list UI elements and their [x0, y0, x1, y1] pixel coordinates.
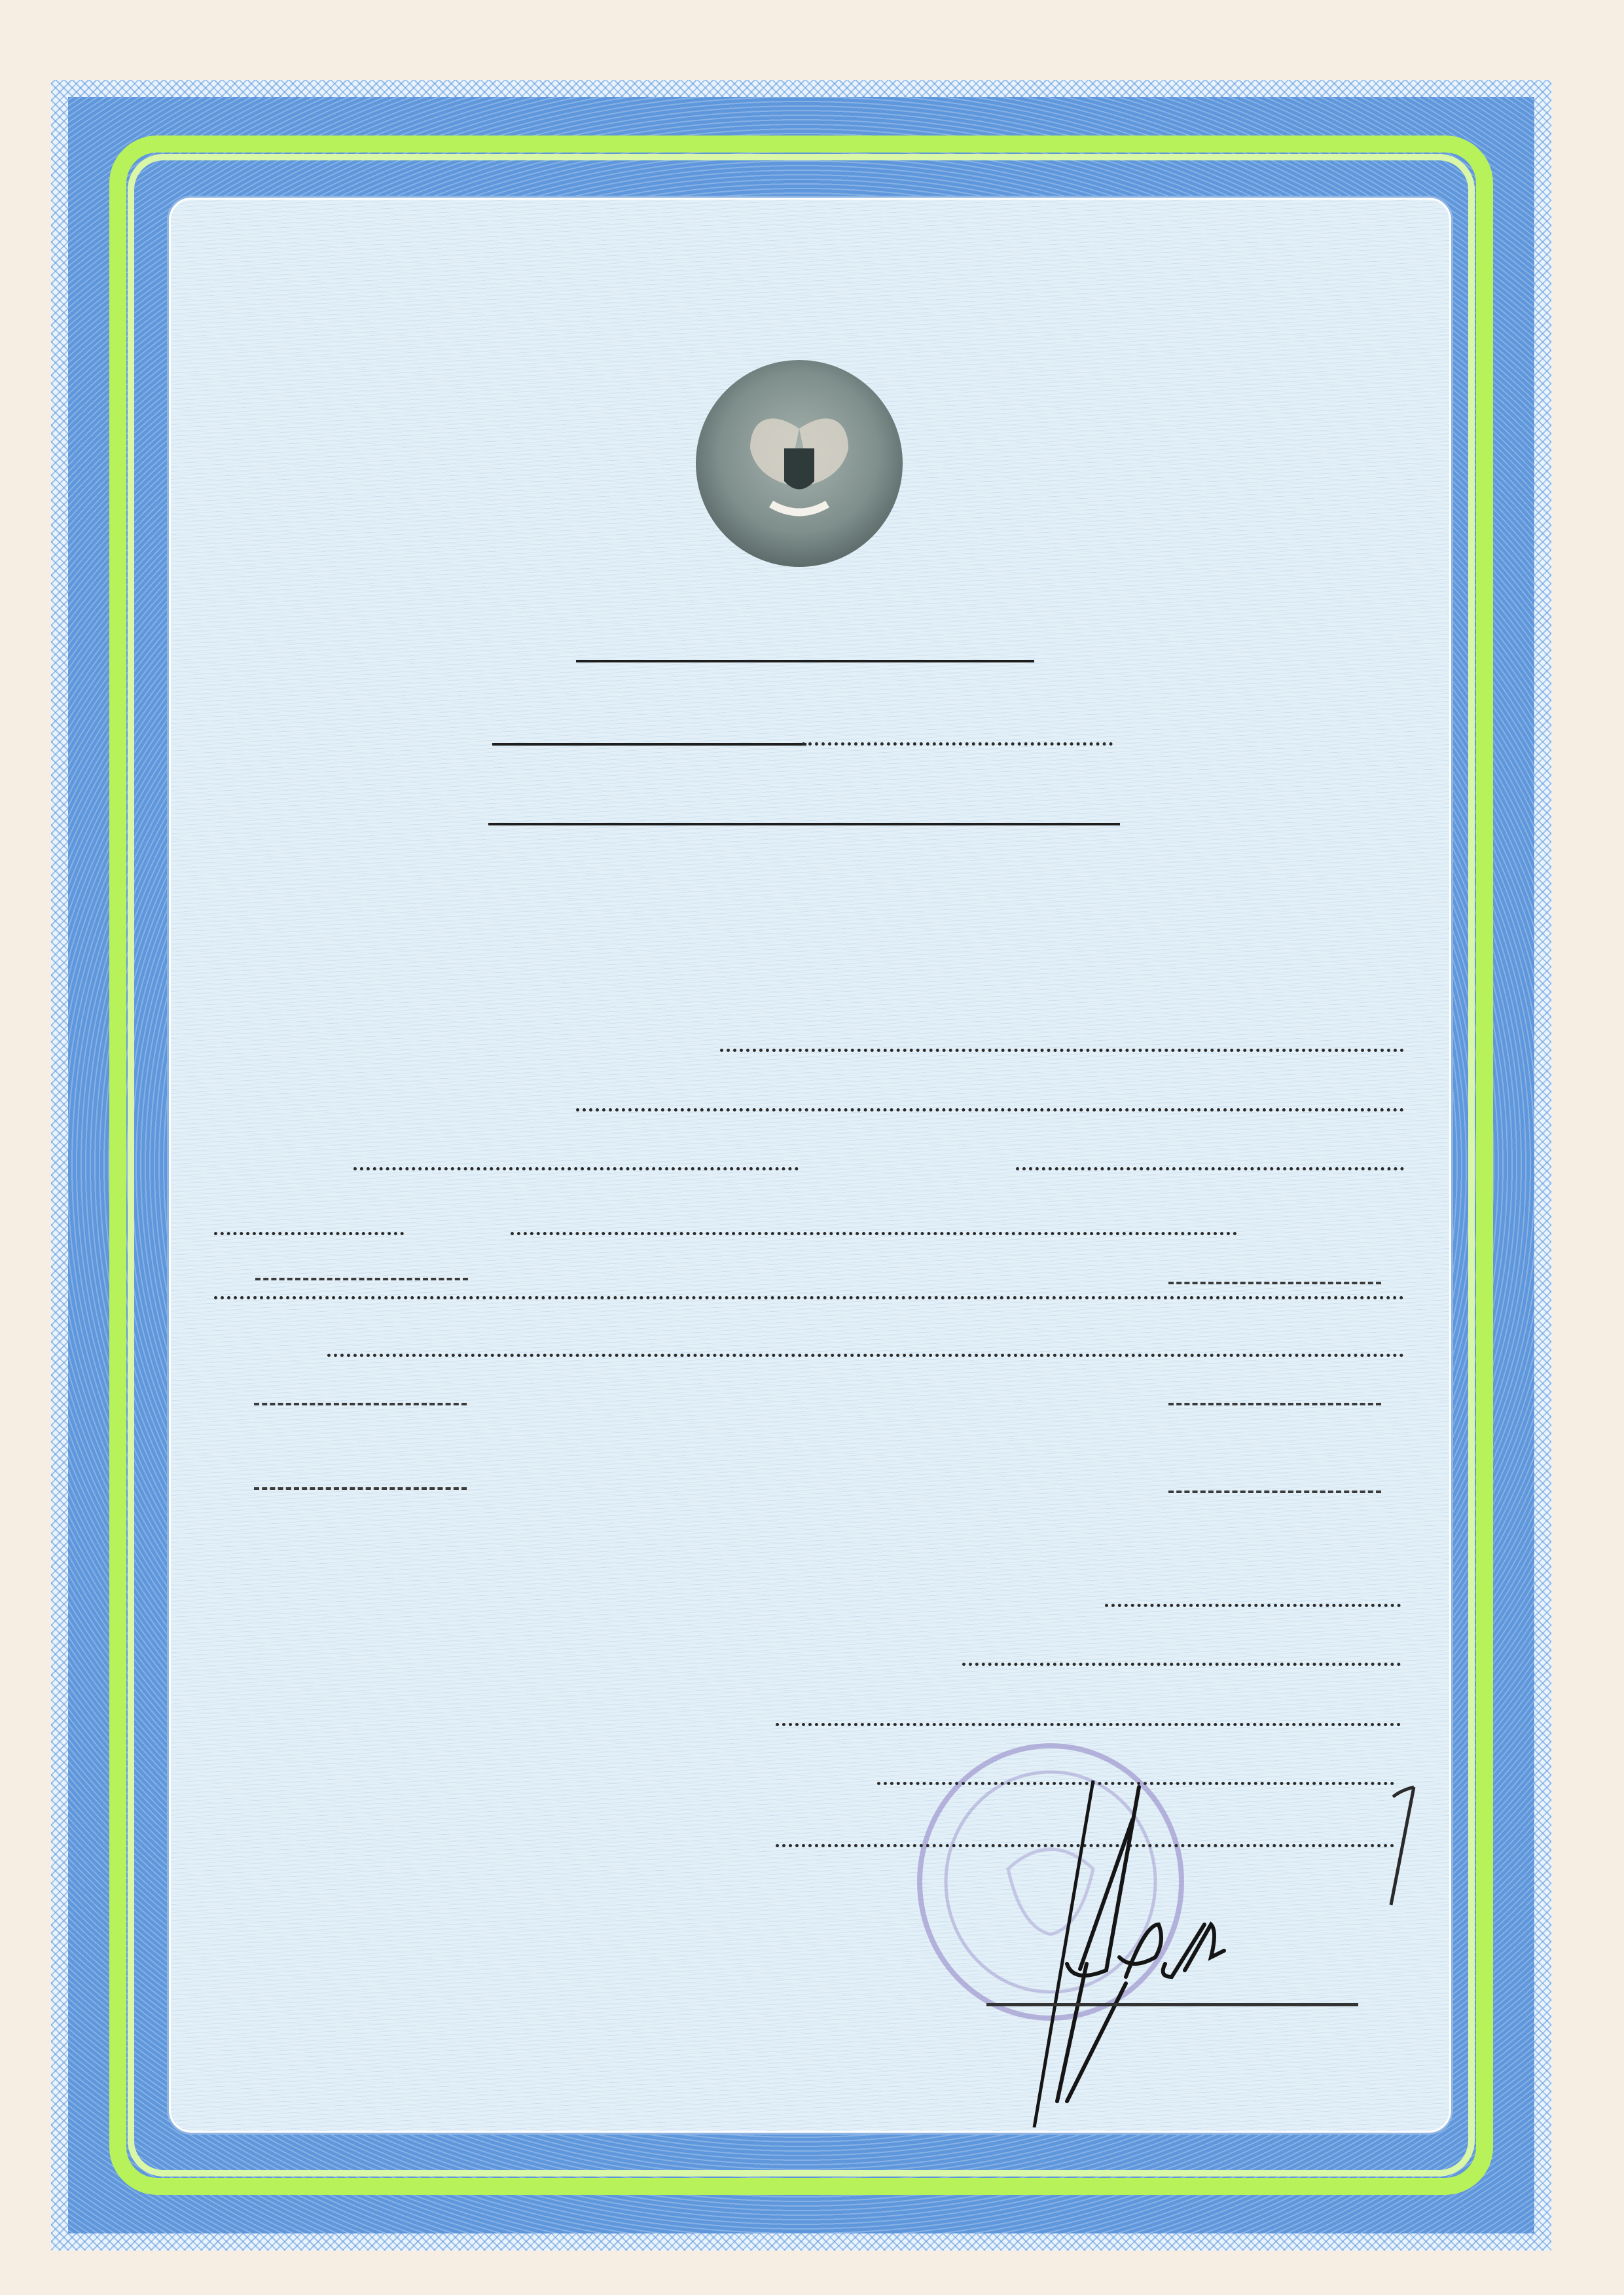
birth-place-dotted-line	[353, 1167, 799, 1170]
nationality-dotted-line	[802, 742, 1113, 746]
child-name-left-dash	[255, 1278, 468, 1280]
issue-place-dotted-line	[1105, 1604, 1401, 1607]
child-name-right-dash	[1168, 1282, 1381, 1284]
child-name-dotted-line	[214, 1296, 1404, 1299]
issue-date-dotted-line	[962, 1663, 1401, 1666]
signature-icon	[995, 1761, 1440, 2127]
certificate-number-dotted-line	[720, 1049, 1404, 1052]
garuda-hologram-icon	[693, 357, 906, 570]
birth-year-dotted-line	[511, 1232, 1237, 1235]
father-left-dash	[254, 1403, 467, 1405]
issue-year-dotted-line	[776, 1723, 1401, 1726]
father-right-dash	[1168, 1403, 1381, 1405]
office-title-underline	[576, 660, 1034, 662]
year-leading-dotted-line	[214, 1232, 404, 1235]
nik-value-field	[563, 249, 956, 280]
mother-right-dash	[1168, 1491, 1381, 1493]
mother-left-dash	[254, 1487, 467, 1490]
document-title-underline	[488, 823, 1120, 825]
birth-date-dotted-line	[1016, 1167, 1404, 1170]
child-order-dotted-line	[327, 1354, 1404, 1357]
gazette-dotted-line	[576, 1108, 1404, 1111]
official-name-underline	[986, 2003, 1358, 2006]
nationality-underline	[492, 743, 806, 746]
